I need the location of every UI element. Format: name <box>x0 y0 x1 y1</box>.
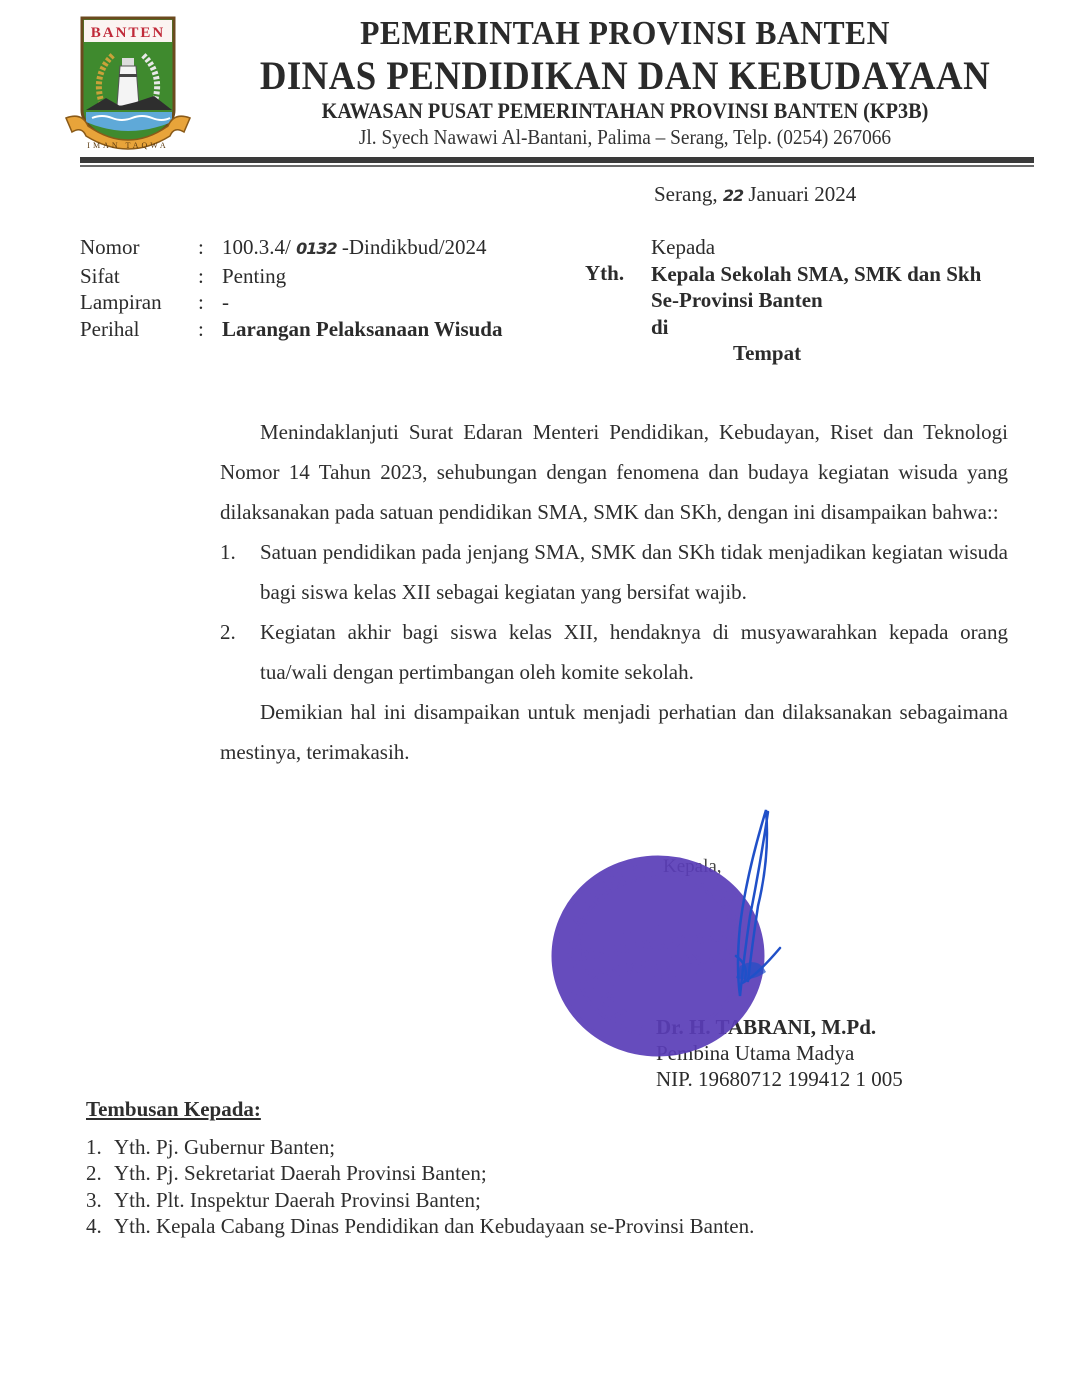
meta-colon: : <box>198 234 222 263</box>
list-text: Yth. Kepala Cabang Dinas Pendidikan dan … <box>114 1213 754 1240</box>
recipient-address: Kepada Kepala Sekolah SMA, SMK dan Skh S… <box>651 234 981 367</box>
meta-label: Lampiran <box>80 289 198 316</box>
letterhead: PEMERINTAH PROVINSI BANTEN DINAS PENDIDI… <box>200 14 1050 150</box>
recipient-line1: Kepala Sekolah SMA, SMK dan Skh <box>651 261 981 288</box>
recipient-salutation: Yth. <box>585 260 624 287</box>
list-number: 4. <box>86 1213 114 1240</box>
list-number: 1. <box>220 532 260 612</box>
nomor-prefix: 100.3.4/ <box>222 235 291 259</box>
letter-meta: Nomor : 100.3.4/ 0132 -Dindikbud/2024 Si… <box>80 234 503 342</box>
letterhead-rule-thin <box>80 165 1034 167</box>
signatory-nip: NIP. 19680712 199412 1 005 <box>656 1066 903 1092</box>
body-points: 1. Satuan pendidikan pada jenjang SMA, S… <box>220 532 1008 692</box>
stamp-star-icon: ★ <box>566 988 579 1004</box>
copy-recipients: Tembusan Kepada: 1. Yth. Pj. Gubernur Ba… <box>86 1096 754 1240</box>
meta-value-lampiran: - <box>222 289 229 316</box>
letterhead-address: Jl. Syech Nawawi Al-Bantani, Palima – Se… <box>234 124 1016 150</box>
body-closing: Demikian hal ini disampaikan untuk menja… <box>220 692 1008 772</box>
list-item: 1. Yth. Pj. Gubernur Banten; <box>86 1134 754 1161</box>
meta-value-nomor: 100.3.4/ 0132 -Dindikbud/2024 <box>222 234 487 263</box>
date-month-year: Januari 2024 <box>748 182 856 206</box>
meta-label: Sifat <box>80 263 198 290</box>
recipient-line2: Se-Provinsi Banten <box>651 287 981 314</box>
letterhead-government: PEMERINTAH PROVINSI BANTEN <box>230 14 1021 54</box>
list-text: Yth. Pj. Sekretariat Daerah Provinsi Ban… <box>114 1160 487 1187</box>
date-place: Serang, <box>654 182 718 206</box>
letter-body: Menindaklanjuti Surat Edaran Menteri Pen… <box>220 412 1008 772</box>
letterhead-rule-thick <box>80 157 1034 163</box>
nomor-handwritten: 0132 <box>296 239 337 258</box>
list-item: 4. Yth. Kepala Cabang Dinas Pendidikan d… <box>86 1213 754 1240</box>
meta-colon: : <box>198 316 222 343</box>
meta-row-sifat: Sifat : Penting <box>80 263 503 290</box>
letterhead-agency: DINAS PENDIDIKAN DAN KEBUDAYAAN <box>234 54 1016 98</box>
meta-label: Perihal <box>80 316 198 343</box>
meta-row-lampiran: Lampiran : - <box>80 289 503 316</box>
list-text: Satuan pendidikan pada jenjang SMA, SMK … <box>260 532 1008 612</box>
list-item: 1. Satuan pendidikan pada jenjang SMA, S… <box>220 532 1008 612</box>
meta-row-perihal: Perihal : Larangan Pelaksanaan Wisuda <box>80 316 503 343</box>
handwritten-signature <box>640 806 800 1016</box>
list-text: Yth. Plt. Inspektur Daerah Provinsi Bant… <box>114 1187 481 1214</box>
list-number: 3. <box>86 1187 114 1214</box>
meta-label: Nomor <box>80 234 198 263</box>
date-day-handwritten: 22 <box>723 186 743 205</box>
recipient-tempat: Tempat <box>651 340 981 367</box>
recipient-kepada: Kepada <box>651 234 981 261</box>
emblem-ribbon-text: IMAN TAQWA <box>87 141 168 150</box>
emblem-banner-text: BANTEN <box>91 25 166 41</box>
meta-colon: : <box>198 289 222 316</box>
list-item: 3. Yth. Plt. Inspektur Daerah Provinsi B… <box>86 1187 754 1214</box>
list-text: Kegiatan akhir bagi siswa kelas XII, hen… <box>260 612 1008 692</box>
meta-colon: : <box>198 263 222 290</box>
letterhead-area: KAWASAN PUSAT PEMERINTAHAN PROVINSI BANT… <box>234 98 1016 124</box>
meta-value-sifat: Penting <box>222 263 286 290</box>
list-number: 2. <box>86 1160 114 1187</box>
recipient-di: di <box>651 314 981 341</box>
meta-row-nomor: Nomor : 100.3.4/ 0132 -Dindikbud/2024 <box>80 234 503 263</box>
copy-recipients-title: Tembusan Kepada: <box>86 1096 754 1123</box>
body-intro: Menindaklanjuti Surat Edaran Menteri Pen… <box>220 412 1008 532</box>
list-number: 1. <box>86 1134 114 1161</box>
list-text: Yth. Pj. Gubernur Banten; <box>114 1134 335 1161</box>
list-item: 2. Yth. Pj. Sekretariat Daerah Provinsi … <box>86 1160 754 1187</box>
meta-value-perihal: Larangan Pelaksanaan Wisuda <box>222 316 503 343</box>
list-number: 2. <box>220 612 260 692</box>
banten-province-emblem: BANTEN IMAN TAQWA <box>62 14 194 156</box>
list-item: 2. Kegiatan akhir bagi siswa kelas XII, … <box>220 612 1008 692</box>
letter-date: Serang, 22 Januari 2024 <box>654 180 856 210</box>
nomor-suffix: -Dindikbud/2024 <box>342 235 487 259</box>
